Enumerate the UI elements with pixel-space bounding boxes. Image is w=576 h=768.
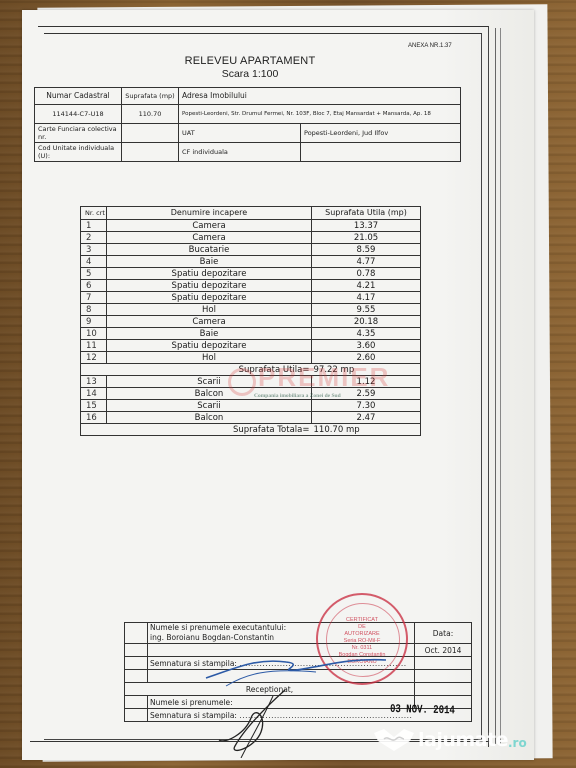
room-name: Bucatarie xyxy=(107,244,312,256)
received-name-label: Numele si prenumele: xyxy=(148,696,415,709)
page-frame-right-line-2 xyxy=(500,28,501,744)
room-name: Baie xyxy=(107,256,312,268)
room-area: 20.18 xyxy=(312,316,421,328)
date-label: Data: xyxy=(415,623,472,644)
room-area: 2.59 xyxy=(312,388,421,400)
room-number: 14 xyxy=(81,388,107,400)
room-area: 4.21 xyxy=(312,280,421,292)
room-area: 2.47 xyxy=(312,412,421,424)
room-number: 9 xyxy=(81,316,107,328)
cod-unitate-value xyxy=(122,143,179,162)
room-area: 21.05 xyxy=(312,232,421,244)
room-name: Spatiu depozitare xyxy=(107,280,312,292)
room-number: 11 xyxy=(81,340,107,352)
area-header: Suprafata Utila (mp) xyxy=(312,207,421,220)
room-area: 4.17 xyxy=(312,292,421,304)
cod-unitate-label: Cod Unitate individuala (U): xyxy=(35,143,122,162)
room-area: 4.77 xyxy=(312,256,421,268)
site-watermark: lajumate .ro xyxy=(372,727,527,753)
date-value: Oct. 2014 xyxy=(415,644,472,657)
total-area-row: Suprafata Totala= 110.70 mp xyxy=(81,424,421,436)
room-row: 16Balcon2.47 xyxy=(81,412,421,424)
total-area-value: 110.70 mp xyxy=(312,424,421,436)
room-row: 7Spatiu depozitare4.17 xyxy=(81,292,421,304)
room-number: 4 xyxy=(81,256,107,268)
lajumate-logo-icon xyxy=(372,727,416,753)
room-area: 7.30 xyxy=(312,400,421,412)
room-name: Scarii xyxy=(107,400,312,412)
room-row: 5Spatiu depozitare0.78 xyxy=(81,268,421,280)
total-area-label: Suprafata Totala= xyxy=(107,424,312,436)
room-area: 0.78 xyxy=(312,268,421,280)
room-row: 8Hol9.55 xyxy=(81,304,421,316)
received-label: Receptionat, xyxy=(125,683,415,696)
room-name: Spatiu depozitare xyxy=(107,340,312,352)
signature-dots: ........................................… xyxy=(239,659,406,668)
room-name: Camera xyxy=(107,232,312,244)
useful-area-row: Suprafata Utila= 97.22 mp xyxy=(81,364,421,376)
room-name: Hol xyxy=(107,304,312,316)
room-area: 9.55 xyxy=(312,304,421,316)
room-number: 15 xyxy=(81,400,107,412)
room-row: 15Scarii7.30 xyxy=(81,400,421,412)
page-frame-right-line xyxy=(495,28,496,744)
uat-value: Popesti-Leordeni, Jud Ilfov xyxy=(301,124,461,143)
executant-name: ing. Boroianu Bogdan-Constantin xyxy=(150,633,412,643)
document-title: RELEVEU APARTAMENT xyxy=(150,55,350,67)
room-row: 10Baie4.35 xyxy=(81,328,421,340)
cf-value xyxy=(301,143,461,162)
room-row: 4Baie4.77 xyxy=(81,256,421,268)
room-area: 1.12 xyxy=(312,376,421,388)
room-area: 8.59 xyxy=(312,244,421,256)
received-date-stamp: 03 NOV. 2014 xyxy=(390,703,455,717)
document-title-block: RELEVEU APARTAMENT Scara 1:100 xyxy=(150,55,350,80)
room-name: Camera xyxy=(107,316,312,328)
room-area: 3.60 xyxy=(312,340,421,352)
site-name: lajumate xyxy=(418,729,508,751)
room-row: 9Camera20.18 xyxy=(81,316,421,328)
room-row: 11Spatiu depozitare3.60 xyxy=(81,340,421,352)
room-area: 2.60 xyxy=(312,352,421,364)
received-signature-dots: ........................................… xyxy=(239,711,412,720)
site-tld: .ro xyxy=(508,736,527,750)
uat-label: UAT xyxy=(179,124,301,143)
executant-cell: Numele si prenumele executantului: ing. … xyxy=(148,623,415,644)
room-row: 12Hol2.60 xyxy=(81,352,421,364)
room-name: Scarii xyxy=(107,376,312,388)
address-value: Popesti-Leordeni, Str. Drumul Fermei, Nr… xyxy=(179,105,461,124)
room-name: Hol xyxy=(107,352,312,364)
executant-label: Numele si prenumele executantului: xyxy=(150,623,412,633)
room-name: Camera xyxy=(107,220,312,232)
carte-funciara-value xyxy=(122,124,179,143)
room-number: 3 xyxy=(81,244,107,256)
room-number: 10 xyxy=(81,328,107,340)
room-name-header: Denumire incapere xyxy=(107,207,312,220)
room-name: Spatiu depozitare xyxy=(107,268,312,280)
surface-header: Suprafata (mp) xyxy=(122,88,179,105)
room-row: 13Scarii1.12 xyxy=(81,376,421,388)
room-row: 6Spatiu depozitare4.21 xyxy=(81,280,421,292)
room-name: Baie xyxy=(107,328,312,340)
room-number: 12 xyxy=(81,352,107,364)
room-number: 5 xyxy=(81,268,107,280)
room-name: Spatiu depozitare xyxy=(107,292,312,304)
received-signature-label: Semnatura si stampila: xyxy=(150,711,237,720)
room-number: 2 xyxy=(81,232,107,244)
cadastral-number: 114144-C7-U18 xyxy=(35,105,122,124)
extra-rooms-body: 13Scarii1.1214Balcon2.5915Scarii7.3016Ba… xyxy=(81,376,421,424)
nr-header: Nr. crt xyxy=(81,207,107,220)
room-row: 14Balcon2.59 xyxy=(81,388,421,400)
room-number: 16 xyxy=(81,412,107,424)
room-area: 4.35 xyxy=(312,328,421,340)
carte-funciara-label: Carte Funciara colectiva nr. xyxy=(35,124,122,143)
annex-number: ANEXA NR.1.37 xyxy=(408,43,452,49)
room-row: 1Camera13.37 xyxy=(81,220,421,232)
room-row: 3Bucatarie8.59 xyxy=(81,244,421,256)
room-number: 1 xyxy=(81,220,107,232)
surface-value: 110.70 xyxy=(122,105,179,124)
room-number: 6 xyxy=(81,280,107,292)
room-area: 13.37 xyxy=(312,220,421,232)
room-name: Balcon xyxy=(107,412,312,424)
room-name: Balcon xyxy=(107,388,312,400)
cadastral-header: Numar Cadastral xyxy=(35,88,122,105)
rooms-table: Nr. crt Denumire incapere Suprafata Util… xyxy=(80,206,421,436)
useful-area-label: Suprafata Utila= xyxy=(107,364,312,376)
executant-signature-line: Semnatura si stampila: .................… xyxy=(148,657,415,670)
useful-area-value: 97.22 mp xyxy=(312,364,421,376)
document-scale: Scara 1:100 xyxy=(150,68,350,80)
room-number: 7 xyxy=(81,292,107,304)
property-info-table: Numar Cadastral Suprafata (mp) Adresa Im… xyxy=(34,87,461,162)
rooms-body: 1Camera13.372Camera21.053Bucatarie8.594B… xyxy=(81,220,421,364)
signature-label: Semnatura si stampila: xyxy=(150,659,237,668)
address-header: Adresa Imobilului xyxy=(179,88,461,105)
cf-label: CF individuala xyxy=(179,143,301,162)
room-number: 13 xyxy=(81,376,107,388)
room-number: 8 xyxy=(81,304,107,316)
room-row: 2Camera21.05 xyxy=(81,232,421,244)
